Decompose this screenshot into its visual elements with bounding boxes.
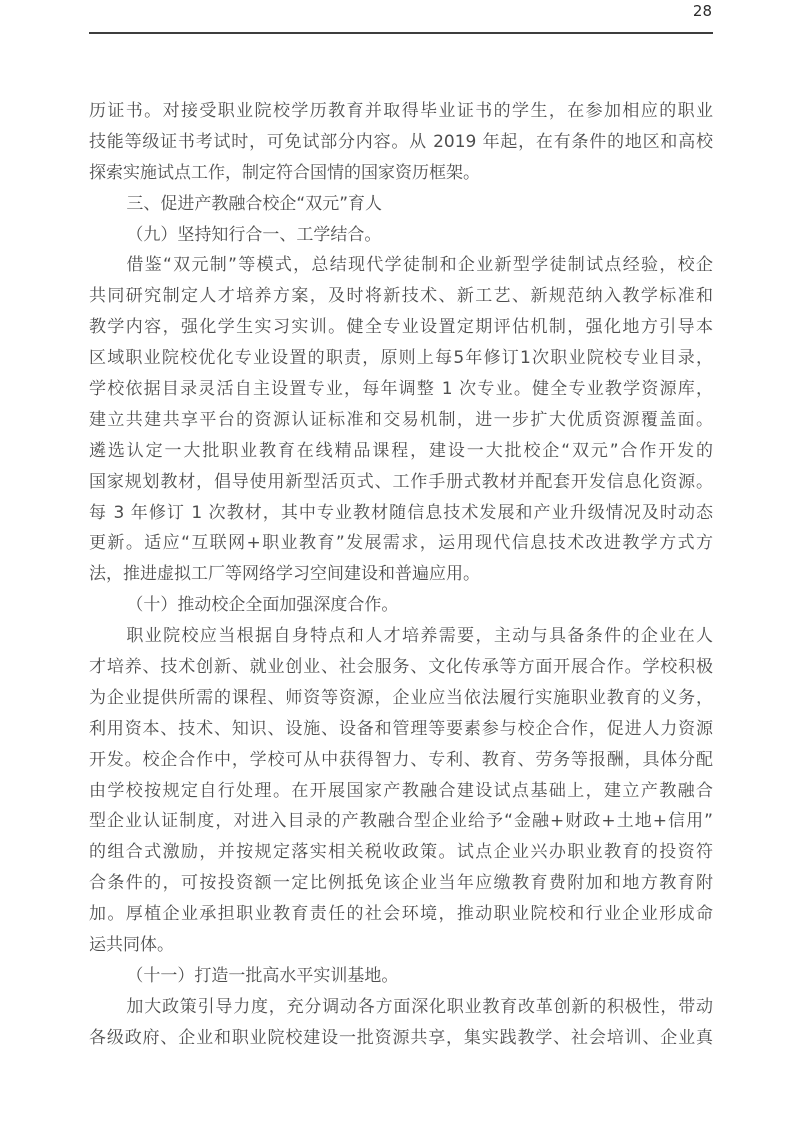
text-line: 学校依据目录灵活自主设置专业，每年调整 1 次专业。健全专业教学资源库，	[89, 374, 713, 405]
document-page: 28 历证书。对接受职业院校学历教育并取得毕业证书的学生，在参加相应的职业技能等…	[0, 0, 793, 1122]
text-line: 探索实施试点工作，制定符合国情的国家资历框架。	[89, 158, 713, 189]
text-line: 共同研究制定人才培养方案，及时将新技术、新工艺、新规范纳入教学标准和	[89, 281, 713, 312]
text-line: 教学内容，强化学生实习实训。健全专业设置定期评估机制，强化地方引导本	[89, 312, 713, 343]
text-line: 历证书。对接受职业院校学历教育并取得毕业证书的学生，在参加相应的职业	[89, 96, 713, 127]
heading-line: （九）坚持知行合一、工学结合。	[89, 220, 713, 251]
text-line: 遴选认定一大批职业教育在线精品课程，建设一大批校企“双元”合作开发的	[89, 436, 713, 467]
text-line: 合条件的，可按投资额一定比例抵免该企业当年应缴教育费附加和地方教育附	[89, 868, 713, 899]
text-line: 建立共建共享平台的资源认证标准和交易机制，进一步扩大优质资源覆盖面。	[89, 405, 713, 436]
text-line: 区域职业院校优化专业设置的职责，原则上每5年修订1次职业院校专业目录，	[89, 343, 713, 374]
page-number: 28	[693, 1, 712, 21]
text-line: 加大政策引导力度，充分调动各方面深化职业教育改革创新的积极性，带动	[89, 992, 713, 1023]
text-line: 才培养、技术创新、就业创业、社会服务、文化传承等方面开展合作。学校积极	[89, 652, 713, 683]
text-line: 为企业提供所需的课程、师资等资源，企业应当依法履行实施职业教育的义务，	[89, 683, 713, 714]
text-line: 各级政府、企业和职业院校建设一批资源共享，集实践教学、社会培训、企业真	[89, 1023, 713, 1054]
heading-line: （十）推动校企全面加强深度合作。	[89, 590, 713, 621]
text-line: 由学校按规定自行处理。在开展国家产教融合建设试点基础上，建立产教融合	[89, 776, 713, 807]
text-line: 的组合式激励，并按规定落实相关税收政策。试点企业兴办职业教育的投资符	[89, 837, 713, 868]
text-line: 开发。校企合作中，学校可从中获得智力、专利、教育、劳务等报酬，具体分配	[89, 745, 713, 776]
text-line: 借鉴“双元制”等模式，总结现代学徒制和企业新型学徒制试点经验，校企	[89, 250, 713, 281]
text-line: 法，推进虚拟工厂等网络学习空间建设和普遍应用。	[89, 559, 713, 590]
header-divider-line	[89, 32, 713, 34]
heading-line: 三、促进产教融合校企“双元”育人	[89, 189, 713, 220]
text-line: 职业院校应当根据自身特点和人才培养需要，主动与具备条件的企业在人	[89, 621, 713, 652]
text-line: 每 3 年修订 1 次教材，其中专业教材随信息技术发展和产业升级情况及时动态	[89, 498, 713, 529]
text-line: 利用资本、技术、知识、设施、设备和管理等要素参与校企合作，促进人力资源	[89, 714, 713, 745]
text-line: 型企业认证制度，对进入目录的产教融合型企业给予“金融+财政+土地+信用”	[89, 806, 713, 837]
text-line: 国家规划教材，倡导使用新型活页式、工作手册式教材并配套开发信息化资源。	[89, 467, 713, 498]
heading-line: （十一）打造一批高水平实训基地。	[89, 961, 713, 992]
text-line: 技能等级证书考试时，可免试部分内容。从 2019 年起，在有条件的地区和高校	[89, 127, 713, 158]
text-line: 加。厚植企业承担职业教育责任的社会环境，推动职业院校和行业企业形成命	[89, 899, 713, 930]
document-body: 历证书。对接受职业院校学历教育并取得毕业证书的学生，在参加相应的职业技能等级证书…	[89, 96, 713, 1054]
text-line: 更新。适应“互联网+职业教育”发展需求，运用现代信息技术改进教学方式方	[89, 528, 713, 559]
text-line: 运共同体。	[89, 930, 713, 961]
